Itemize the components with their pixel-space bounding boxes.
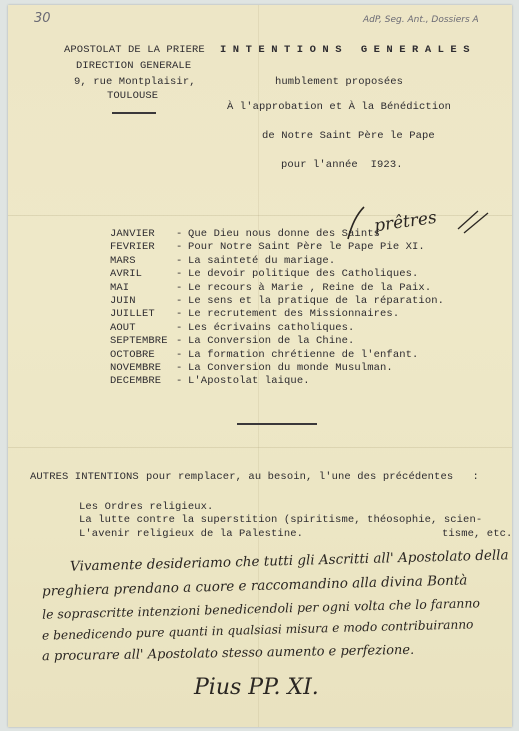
month-label: NOVEMBRE xyxy=(110,362,174,374)
document-page: 30 AdP, Seg. Ant., Dossiers A APOSTOLAT … xyxy=(8,5,512,727)
dash: - xyxy=(176,362,182,374)
handwritten-line: le soprascritte intenzioni benedicendoli… xyxy=(42,595,480,621)
dash: - xyxy=(176,241,182,253)
dash: - xyxy=(176,349,182,361)
other-intentions-heading: AUTRES INTENTIONS xyxy=(30,471,139,483)
papal-signature: Pius PP. XI. xyxy=(194,675,319,700)
dash: - xyxy=(176,228,182,240)
month-label: JUILLET xyxy=(110,308,174,320)
handwritten-line: a procurare all' Apostolato stesso aumen… xyxy=(42,643,414,664)
intention-text: L'Apostolat laique. xyxy=(188,375,310,387)
subtitle-line-3: de Notre Saint Père le Pape xyxy=(262,130,435,142)
archive-reference: AdP, Seg. Ant., Dossiers A xyxy=(363,15,479,25)
month-label: AVRIL xyxy=(110,268,174,280)
section-divider xyxy=(237,423,317,425)
org-name: APOSTOLAT DE LA PRIERE xyxy=(64,44,205,56)
intention-text: La sainteté du mariage. xyxy=(188,255,335,267)
subtitle-line-2: À l'approbation et À la Bénédiction xyxy=(227,101,451,113)
intention-text: Le devoir politique des Catholiques. xyxy=(188,268,418,280)
intention-text: Le recrutement des Missionnaires. xyxy=(188,308,399,320)
intention-row: OCTOBRE-La formation chrétienne de l'enf… xyxy=(110,349,510,362)
intention-text: La Conversion du monde Musulman. xyxy=(188,362,393,374)
intention-text: La formation chrétienne de l'enfant. xyxy=(188,349,418,361)
other-intention-item: L'avenir religieux de la Palestine. xyxy=(79,528,303,540)
month-label: MARS xyxy=(110,255,174,267)
intention-text: Pour Notre Saint Père le Pape Pie XI. xyxy=(188,241,425,253)
dash: - xyxy=(176,322,182,334)
document-title: I N T E N T I O N S G E N E R A L E S xyxy=(220,44,470,56)
intention-row: MAI-Le recours à Marie , Reine de la Pai… xyxy=(110,282,510,295)
intention-row: NOVEMBRE-La Conversion du monde Musulman… xyxy=(110,362,510,375)
dash: - xyxy=(176,268,182,280)
intention-row: MARS-La sainteté du mariage. xyxy=(110,255,510,268)
subtitle-year: pour l'année I923. xyxy=(281,159,403,171)
handwritten-line: preghiera prendano a cuore e raccomandin… xyxy=(42,572,468,599)
handwritten-strike-marks xyxy=(346,203,496,243)
dash: - xyxy=(176,255,182,267)
month-label: AOUT xyxy=(110,322,174,334)
org-address: 9, rue Montplaisir, xyxy=(74,76,196,88)
org-department: DIRECTION GENERALE xyxy=(76,60,191,72)
other-intention-item: La lutte contre la superstition (spiriti… xyxy=(79,514,482,526)
intention-row: AOUT-Les écrivains catholiques. xyxy=(110,322,510,335)
intention-row: JUILLET-Le recrutement des Missionnaires… xyxy=(110,308,510,321)
other-intentions-intro: pour remplacer, au besoin, l'une des pré… xyxy=(146,471,479,483)
page-number: 30 xyxy=(34,11,51,26)
month-label: SEPTEMBRE xyxy=(110,335,174,347)
month-label: DECEMBRE xyxy=(110,375,174,387)
dash: - xyxy=(176,375,182,387)
dash: - xyxy=(176,295,182,307)
intention-row: DECEMBRE-L'Apostolat laique. xyxy=(110,375,510,388)
dash: - xyxy=(176,308,182,320)
intention-row: AVRIL-Le devoir politique des Catholique… xyxy=(110,268,510,281)
other-intention-continuation: tisme, etc. xyxy=(442,528,512,540)
intention-row: JUIN-Le sens et la pratique de la répara… xyxy=(110,295,510,308)
intention-text: Les écrivains catholiques. xyxy=(188,322,354,334)
intention-text: Le sens et la pratique de la réparation. xyxy=(188,295,444,307)
intention-text: La Conversion de la Chine. xyxy=(188,335,354,347)
month-label: JANVIER xyxy=(110,228,174,240)
header-divider xyxy=(112,112,156,114)
dash: - xyxy=(176,282,182,294)
other-intention-item: Les Ordres religieux. xyxy=(79,501,213,513)
dash: - xyxy=(176,335,182,347)
intention-row: SEPTEMBRE-La Conversion de la Chine. xyxy=(110,335,510,348)
month-label: FEVRIER xyxy=(110,241,174,253)
subtitle-line-1: humblement proposées xyxy=(275,76,403,88)
intention-row: FEVRIER-Pour Notre Saint Père le Pape Pi… xyxy=(110,241,510,254)
monthly-intentions-list: JANVIER-Que Dieu nous donne des Saints F… xyxy=(110,228,510,398)
month-label: MAI xyxy=(110,282,174,294)
paper-fold xyxy=(8,447,512,448)
month-label: OCTOBRE xyxy=(110,349,174,361)
intention-text: Le recours à Marie , Reine de la Paix. xyxy=(188,282,431,294)
org-city: TOULOUSE xyxy=(107,90,158,102)
handwritten-line: Vivamente desideriamo che tutti gli Ascr… xyxy=(70,547,509,574)
month-label: JUIN xyxy=(110,295,174,307)
